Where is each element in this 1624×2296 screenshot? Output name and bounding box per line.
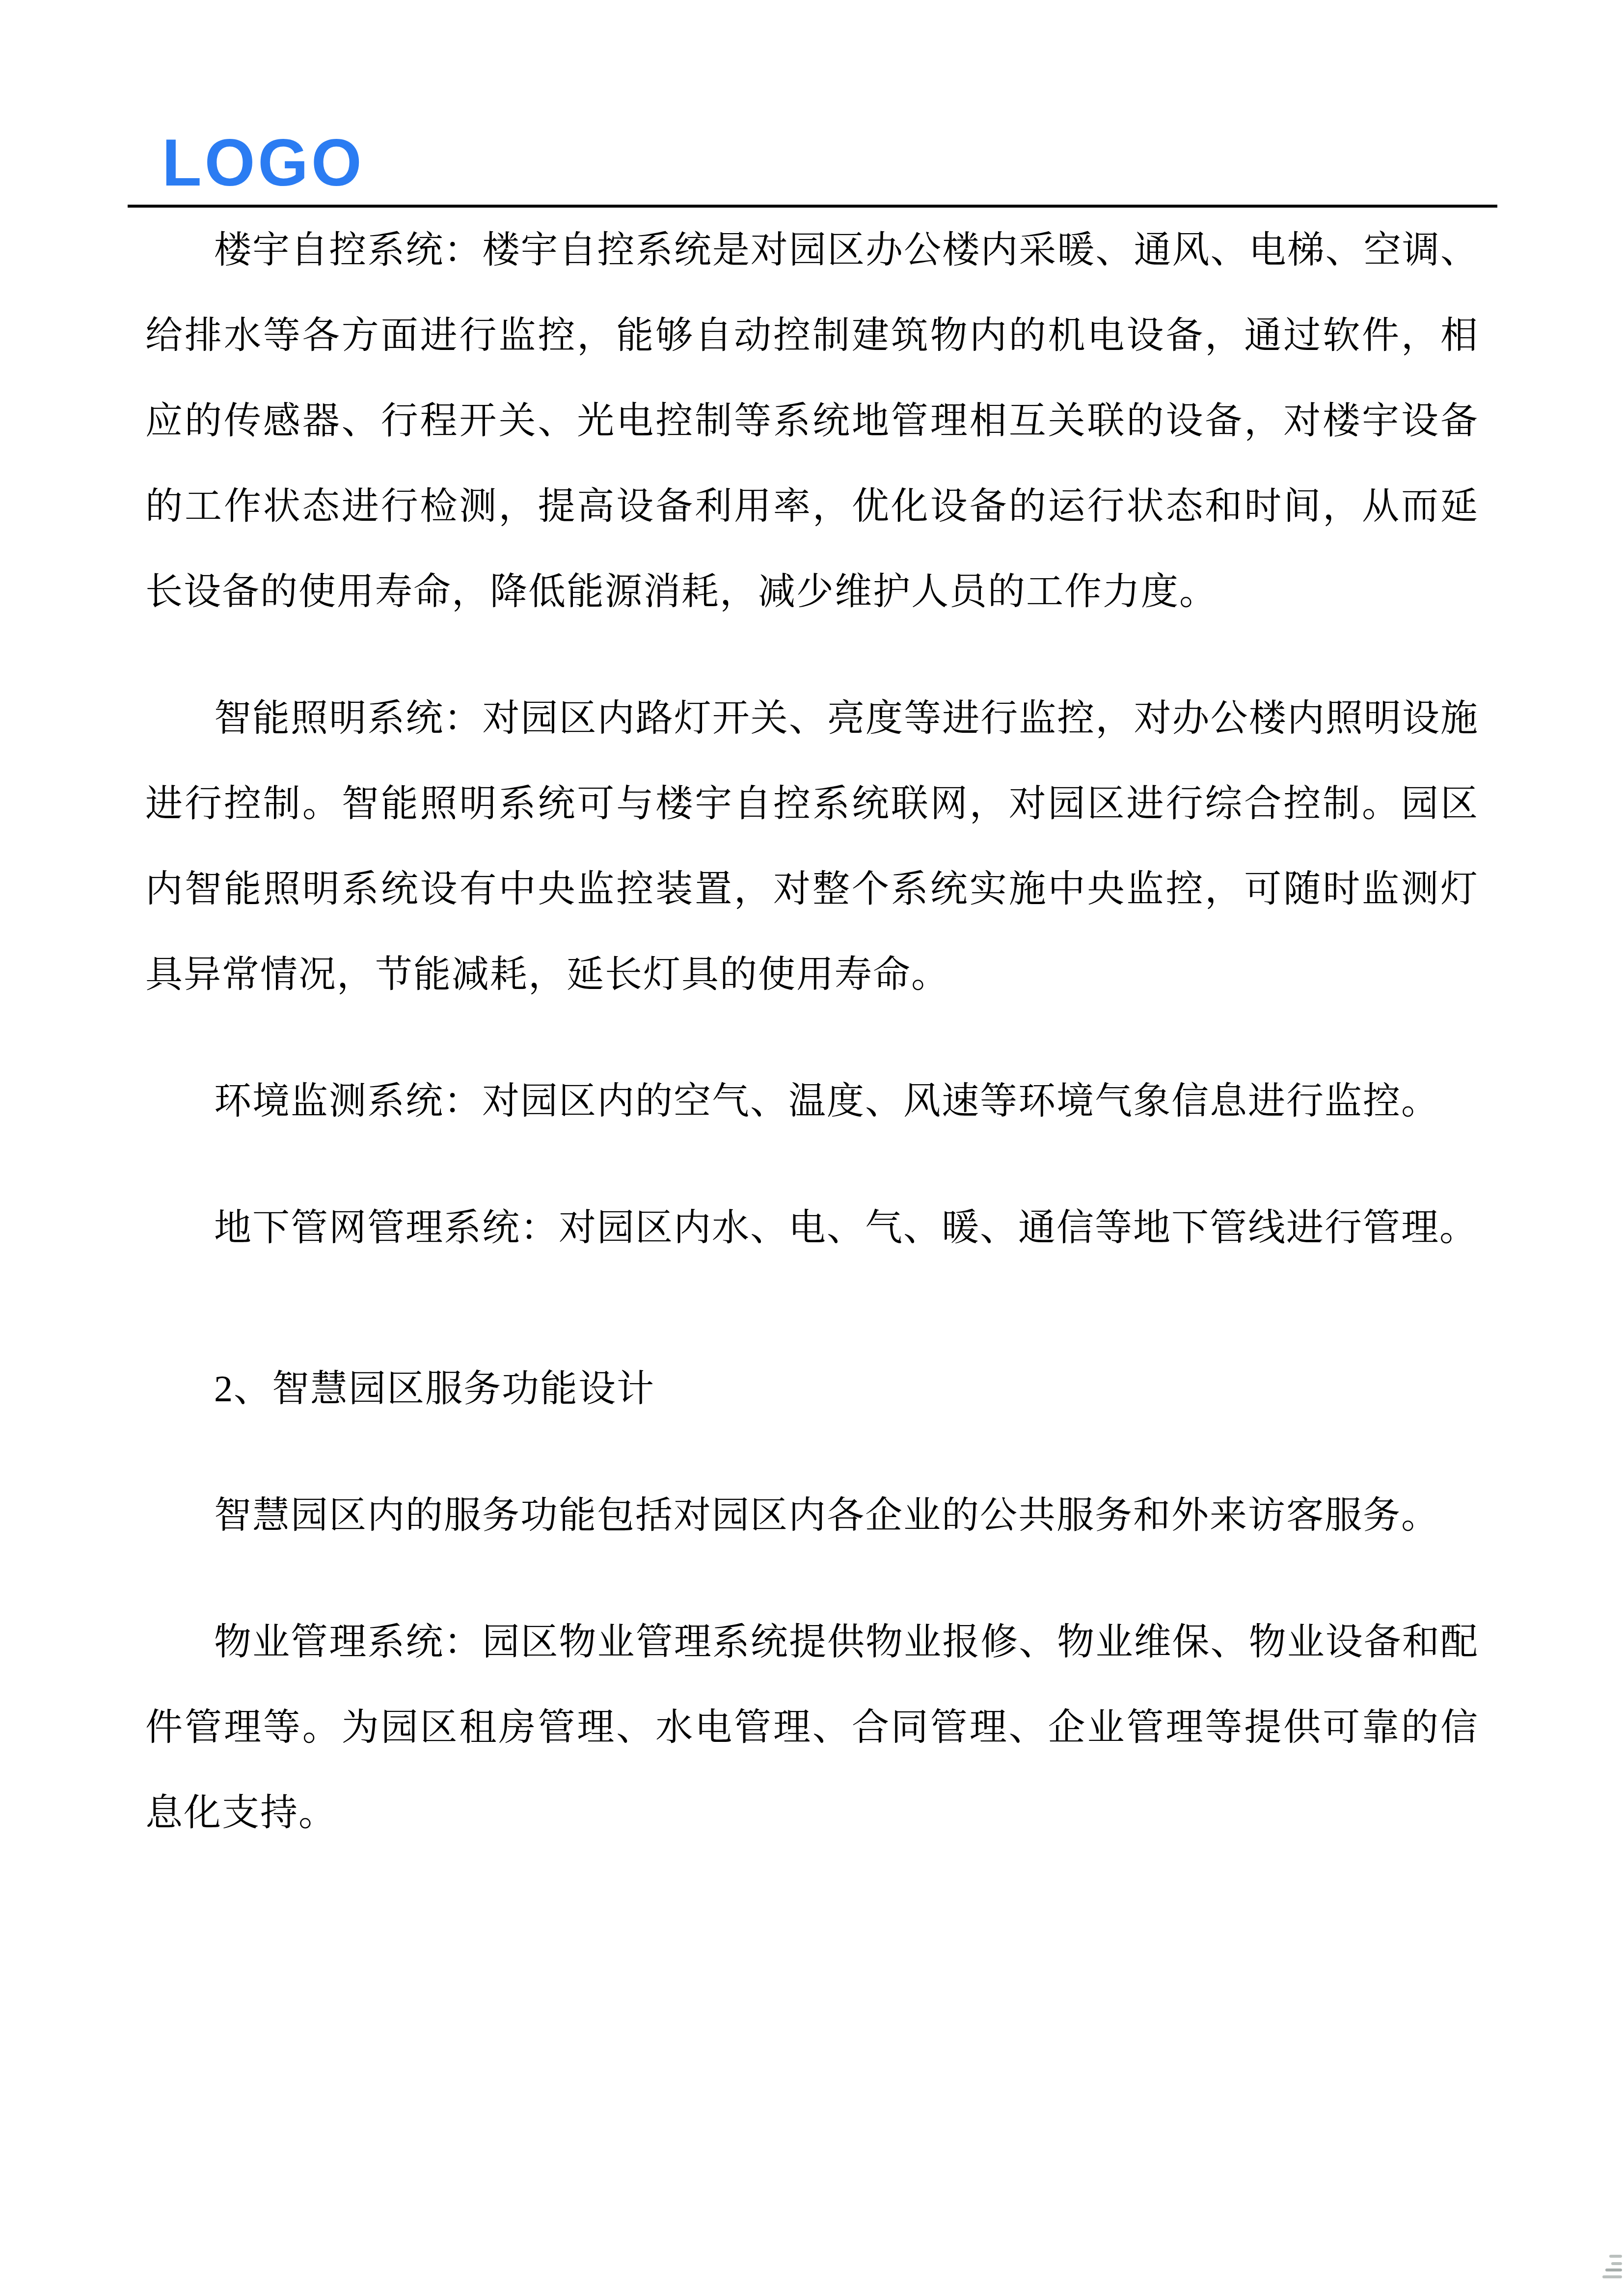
company-logo: LOGO — [162, 133, 365, 192]
paragraph-property-management: 物业管理系统：园区物业管理系统提供物业报修、物业维保、物业设备和配件管理等。为园… — [145, 1600, 1479, 1856]
section-heading-service-design: 2、智慧园区服务功能设计 — [145, 1346, 1479, 1432]
document-body: 楼宇自控系统：楼宇自控系统是对园区办公楼内采暖、通风、电梯、空调、给排水等各方面… — [145, 208, 1479, 1897]
paragraph-environment-monitoring: 环境监测系统：对园区内的空气、温度、风速等环境气象信息进行监控。 — [145, 1059, 1479, 1144]
edge-artifact-stroke — [1609, 2255, 1622, 2258]
edge-artifact-stroke — [1611, 2262, 1622, 2265]
edge-artifact-stroke — [1605, 2269, 1622, 2271]
paragraph-underground-pipeline: 地下管网管理系统：对园区内水、电、气、暖、通信等地下管线进行管理。 — [145, 1185, 1479, 1271]
paragraph-building-automation: 楼宇自控系统：楼宇自控系统是对园区办公楼内采暖、通风、电梯、空调、给排水等各方面… — [145, 208, 1479, 635]
paragraph-smart-lighting: 智能照明系统：对园区内路灯开关、亮度等进行监控，对办公楼内照明设施进行控制。智能… — [145, 676, 1479, 1017]
edge-artifact-marks — [1595, 2253, 1624, 2282]
document-page: LOGO 楼宇自控系统：楼宇自控系统是对园区办公楼内采暖、通风、电梯、空调、给排… — [0, 0, 1624, 2296]
paragraph-service-overview: 智慧园区内的服务功能包括对园区内各企业的公共服务和外来访客服务。 — [145, 1473, 1479, 1558]
edge-artifact-stroke — [1602, 2275, 1622, 2278]
